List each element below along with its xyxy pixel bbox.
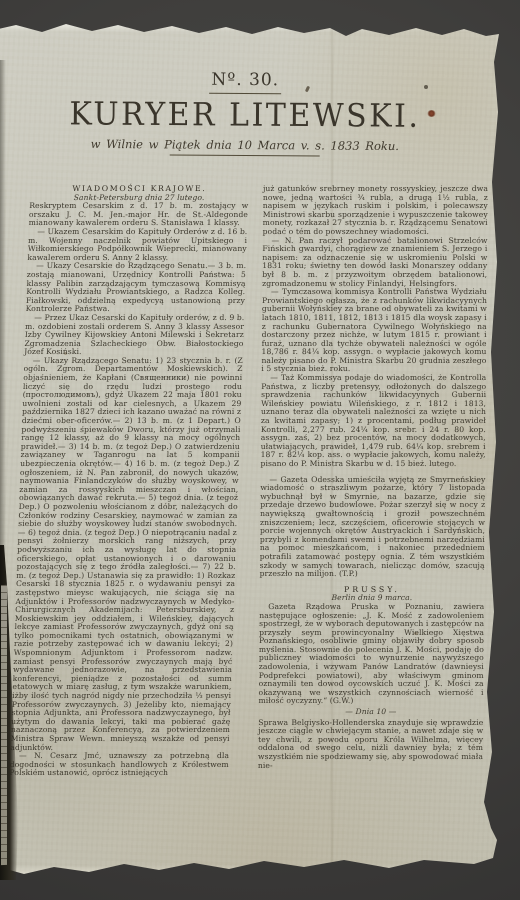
edition-dateline: w Wilnie w Piątek dnia 10 Marca v. s. 18… [10, 136, 480, 153]
continuation-paragraph: już gatunków srebrney monety rossyyskiey… [263, 185, 488, 237]
paragraph: — N. Cesarz Jmć, uznawszy za potrzebną d… [9, 752, 229, 778]
adjacent-page-sliver [1, 585, 7, 865]
scan-background: Nº. 30. KURYER LITEWSKI. w Wilnie w Piąt… [0, 0, 520, 900]
newspaper-page: Nº. 30. KURYER LITEWSKI. w Wilnie w Piąt… [0, 22, 504, 878]
issue-number: Nº. 30. [10, 68, 480, 91]
torn-edge-bottom-highlight [0, 865, 504, 878]
issue-rule [209, 93, 281, 95]
paragraph: — Ukazem Cesarskim do Kapituły Orderów z… [27, 228, 247, 262]
paragraph: — Taż Kommissya podaje do wiadomości, że… [261, 374, 487, 469]
newspaper-title: KURYER LITEWSKI. [10, 95, 480, 135]
paragraph: Reskryptem Cesarskim z d. 17 b. m. zosta… [28, 202, 248, 228]
torn-edge-right-highlight [495, 22, 504, 878]
dateline-rule [170, 154, 320, 156]
gutter-edge-shade [0, 60, 6, 560]
paragraph: — Tymczasowa kommisya Kontrolli Państwa … [261, 288, 487, 374]
paragraph: — Ukazy Cesarskie do Rządzącego Senatu.—… [25, 262, 246, 314]
day-separator: — Dnia 10 — [258, 708, 483, 717]
paragraph: Gazeta Rządowa Pruska w Poznaniu, zawier… [258, 603, 484, 706]
closing-paragraph: Sprawa Belgiysko-Hollenderska znayduje s… [258, 719, 483, 771]
left-column: WIADOMOŚCI KRAJOWE. Sankt-Petersburg dni… [9, 185, 249, 778]
right-column: już gatunków srebrney monety rossyyskiey… [258, 185, 488, 778]
paragraph: — Gazeta Odesska umieściła wyjętą ze Smy… [260, 476, 486, 579]
paragraph: — N. Pan raczył podarować batalionowi St… [262, 237, 487, 289]
masthead: Nº. 30. KURYER LITEWSKI. w Wilnie w Piąt… [10, 68, 481, 157]
torn-edge-top-highlight [0, 22, 504, 32]
paragraph: — Ukazy Rządzącego Senatu: 1) 23 styczni… [10, 357, 243, 752]
paragraph: — Przez Ukaz Cesarski do Kapituły orderó… [24, 314, 245, 357]
text-columns: WIADOMOŚCI KRAJOWE. Sankt-Petersburg dni… [30, 185, 488, 778]
